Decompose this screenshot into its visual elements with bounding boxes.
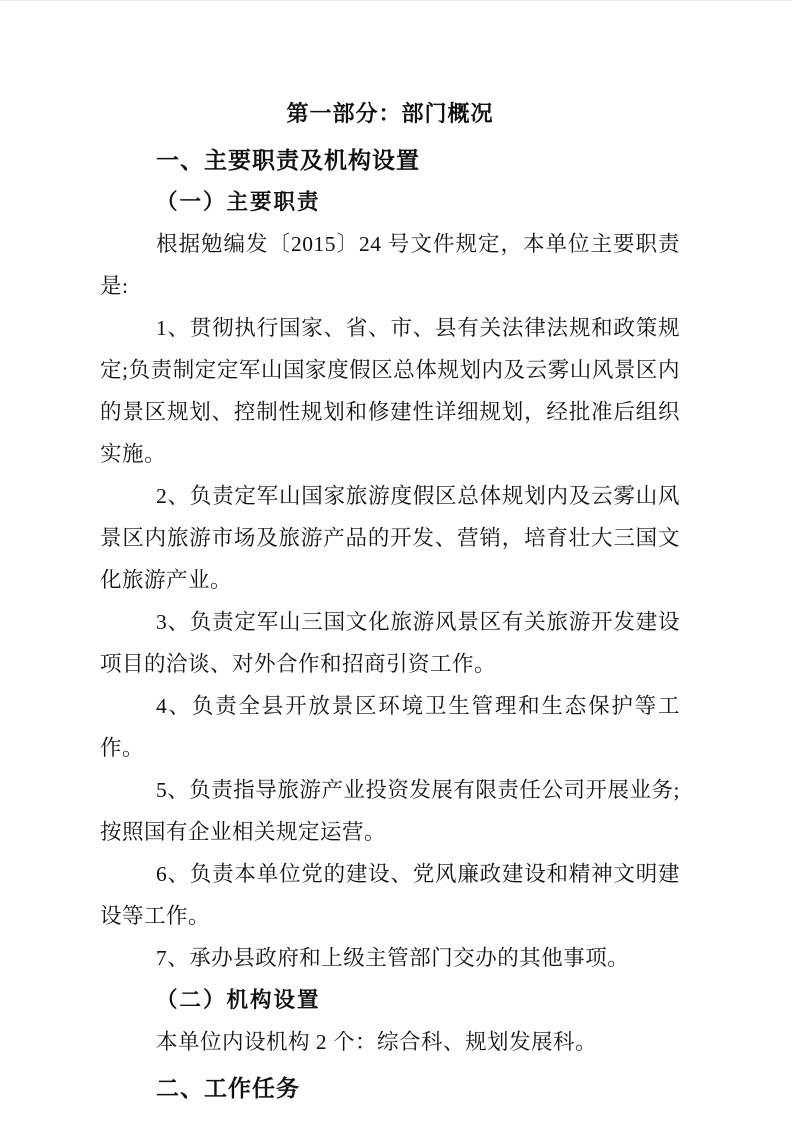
paragraph-org-setup: 本单位内设机构 2 个：综合科、规划发展科。 [100, 1021, 680, 1063]
document-title: 第一部分：部门概况 [100, 93, 680, 135]
paragraph-duty-5: 5、负责指导旅游产业投资发展有限责任公司开展业务;按照国有企业相关规定运营。 [100, 769, 680, 853]
document-content: 第一部分：部门概况 一、主要职责及机构设置 （一）主要职责 根据勉编发〔2015… [100, 93, 680, 1109]
paragraph-duty-7: 7、承办县政府和上级主管部门交办的其他事项。 [100, 937, 680, 979]
paragraph-duty-6: 6、负责本单位党的建设、党风廉政建设和精神文明建设等工作。 [100, 853, 680, 937]
paragraph-duty-2: 2、负责定军山国家旅游度假区总体规划内及云雾山风景区内旅游市场及旅游产品的开发、… [100, 475, 680, 601]
paragraph-duty-3: 3、负责定军山三国文化旅游风景区有关旅游开发建设项目的洽谈、对外合作和招商引资工… [100, 601, 680, 685]
paragraph-intro: 根据勉编发〔2015〕24 号文件规定，本单位主要职责是: [100, 223, 680, 307]
section-heading-main-duties: 一、主要职责及机构设置 [100, 139, 680, 181]
subsection-heading-org-setup: （二）机构设置 [100, 979, 680, 1021]
subsection-heading-main-duties: （一）主要职责 [100, 181, 680, 223]
paragraph-duty-4: 4、负责全县开放景区环境卫生管理和生态保护等工作。 [100, 685, 680, 769]
paragraph-duty-1: 1、贯彻执行国家、省、市、县有关法律法规和政策规定;负责制定定军山国家度假区总体… [100, 307, 680, 475]
document-page: 第一部分：部门概况 一、主要职责及机构设置 （一）主要职责 根据勉编发〔2015… [0, 0, 793, 1122]
section-heading-work-tasks: 二、工作任务 [100, 1067, 680, 1109]
